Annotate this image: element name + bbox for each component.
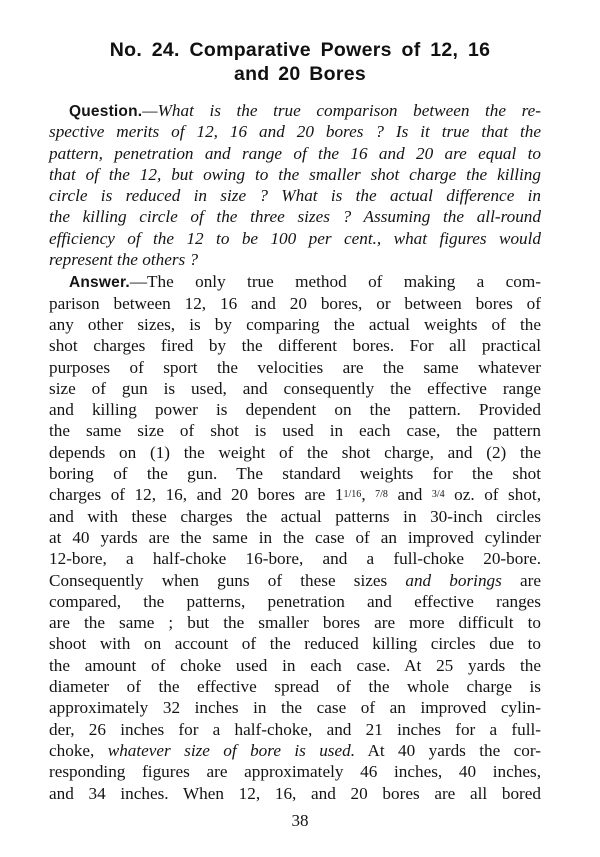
page-number: 38 bbox=[0, 811, 600, 831]
answer-line: der, 26 inches for a half-choke, and 21 … bbox=[49, 719, 541, 740]
answer-line: and with these charges the actual patter… bbox=[49, 506, 541, 527]
answer-line: diameter of the effective spread of the … bbox=[49, 676, 541, 697]
question-paragraph: Question.—What is the true comparison be… bbox=[49, 100, 541, 270]
answer-line: the same size of shot is used in each ca… bbox=[49, 420, 541, 441]
text-run: oz. of shot, bbox=[445, 485, 541, 504]
question-line: that of the 12, but owing to the smaller… bbox=[49, 164, 541, 185]
body-text: Question.—What is the true comparison be… bbox=[49, 100, 541, 804]
question-label: Question. bbox=[69, 103, 142, 120]
answer-line: and killing power is dependent on the pa… bbox=[49, 399, 541, 420]
text-run: choke, bbox=[49, 741, 108, 760]
text-run: Consequently when guns of these sizes bbox=[49, 571, 405, 590]
answer-line-shot-weights: charges of 12, 16, and 20 bores are 11/1… bbox=[49, 484, 541, 505]
question-line: the killing circle of the three sizes ? … bbox=[49, 206, 541, 227]
answer-line: the amount of choke used in each case. A… bbox=[49, 655, 541, 676]
answer-line: depends on (1) the weight of the shot ch… bbox=[49, 442, 541, 463]
answer-line: choke, whatever size of bore is used. At… bbox=[49, 740, 541, 761]
answer-line: any other sizes, is by comparing the act… bbox=[49, 314, 541, 335]
question-line: represent the others ? bbox=[49, 249, 541, 270]
question-line: efficiency of the 12 to be 100 per cent.… bbox=[49, 228, 541, 249]
answer-line: Answer.—The only true method of making a… bbox=[49, 271, 541, 292]
italic-emphasis: whatever size of bore is used. bbox=[108, 741, 355, 760]
answer-paragraph: Answer.—The only true method of making a… bbox=[49, 271, 541, 803]
answer-label: Answer. bbox=[69, 274, 130, 291]
fraction: 1/16 bbox=[344, 489, 362, 500]
text-run: and bbox=[388, 485, 432, 504]
answer-text: The only true method of making a com- bbox=[147, 272, 541, 291]
answer-line: Consequently when guns of these sizes an… bbox=[49, 570, 541, 591]
question-line: spective merits of 12, 16 and 20 bores ?… bbox=[49, 121, 541, 142]
fraction: 7/8 bbox=[375, 489, 388, 500]
answer-line: boring of the gun. The standard weights … bbox=[49, 463, 541, 484]
answer-line: parison between 12, 16 and 20 bores, or … bbox=[49, 293, 541, 314]
answer-line: 12-bore, a half-choke 16-bore, and a ful… bbox=[49, 548, 541, 569]
italic-emphasis: and borings bbox=[405, 571, 502, 590]
question-text: What is the true comparison between the … bbox=[158, 101, 541, 120]
question-line: circle is reduced in size ? What is the … bbox=[49, 185, 541, 206]
answer-line: shot charges fired by the different bore… bbox=[49, 335, 541, 356]
fraction: 3/4 bbox=[432, 489, 445, 500]
section-title: No. 24. Comparative Powers of 12, 16 and… bbox=[0, 38, 600, 86]
answer-line: and 34 inches. When 12, 16, and 20 bores… bbox=[49, 783, 541, 804]
answer-line: responding figures are approximately 46 … bbox=[49, 761, 541, 782]
answer-line: compared, the patterns, penetration and … bbox=[49, 591, 541, 612]
answer-line: are the same ; but the smaller bores are… bbox=[49, 612, 541, 633]
section-title-line-1: No. 24. Comparative Powers of 12, 16 bbox=[0, 38, 600, 62]
text-run: charges of 12, 16, and 20 bores are 1 bbox=[49, 485, 344, 504]
em-dash: — bbox=[142, 101, 157, 120]
answer-line: size of gun is used, and consequently th… bbox=[49, 378, 541, 399]
book-page: No. 24. Comparative Powers of 12, 16 and… bbox=[0, 0, 600, 857]
answer-line: approximately 32 inches in the case of a… bbox=[49, 697, 541, 718]
question-line: pattern, penetration and range of the 16… bbox=[49, 143, 541, 164]
text-run: are bbox=[502, 571, 541, 590]
question-line: Question.—What is the true comparison be… bbox=[49, 100, 541, 121]
answer-line: at 40 yards are the same in the case of … bbox=[49, 527, 541, 548]
text-run: , bbox=[361, 485, 375, 504]
answer-line: shoot with on account of the reduced kil… bbox=[49, 633, 541, 654]
section-title-line-2: and 20 Bores bbox=[0, 62, 600, 86]
answer-line: purposes of sport the velocities are the… bbox=[49, 357, 541, 378]
text-run: At 40 yards the cor- bbox=[355, 741, 541, 760]
em-dash: — bbox=[130, 272, 147, 291]
